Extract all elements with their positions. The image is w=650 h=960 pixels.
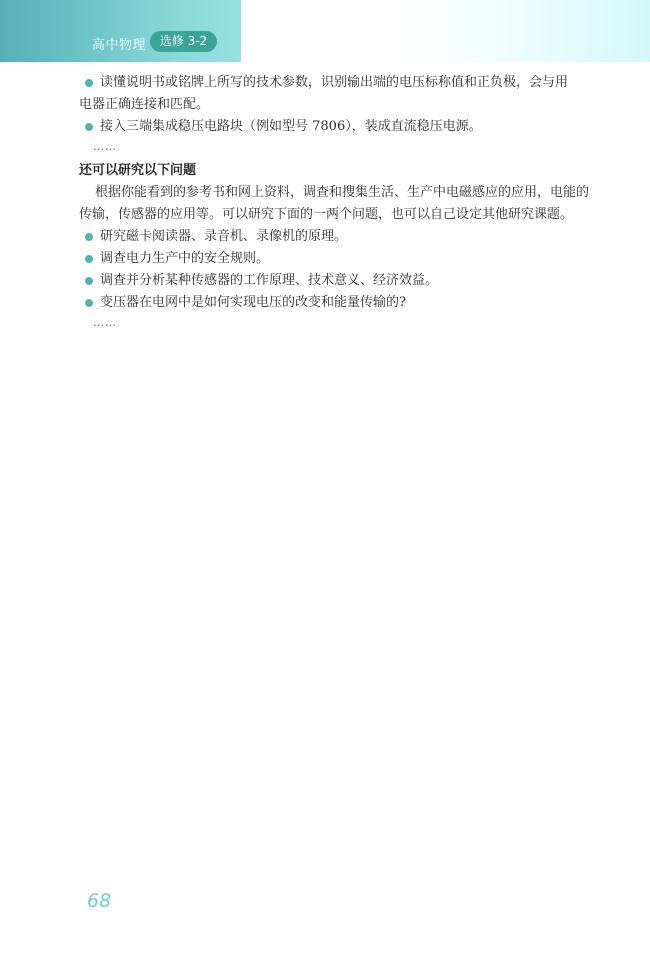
bullet-dot-icon (85, 123, 93, 131)
bullet-dot-icon (85, 255, 93, 263)
bullet-dot-icon (85, 299, 93, 307)
list-item: 变压器在电网中是如何实现电压的改变和能量传输的? (79, 292, 627, 314)
ellipsis: …… (79, 138, 627, 156)
list-item: 接入三端集成稳压电路块（例如型号 7806），装成直流稳压电源。 (79, 116, 627, 138)
page-number: 68 (87, 890, 111, 912)
list-item: 研究磁卡阅读器、录音机、录像机的原理。 (79, 226, 627, 248)
bullet-dot-icon (85, 277, 93, 285)
volume-badge: 选修 3-2 (150, 31, 217, 52)
list-item-text: 调查电力生产中的安全规则。 (100, 251, 269, 266)
book-title: 高中物理 (92, 34, 146, 53)
list-item-text: 读懂说明书或铭牌上所写的技术参数，识别输出端的电压标称值和正负极，会与用 (100, 75, 568, 90)
list-item: 调查电力生产中的安全规则。 (79, 248, 627, 270)
list-item-text: 接入三端集成稳压电路块（例如型号 7806），装成直流稳压电源。 (100, 119, 482, 134)
ellipsis: …… (79, 314, 627, 332)
list-item: 读懂说明书或铭牌上所写的技术参数，识别输出端的电压标称值和正负极，会与用 电器正… (79, 72, 627, 116)
list-item-text-continued: 电器正确连接和匹配。 (79, 94, 627, 116)
list-item-text: 研究磁卡阅读器、录音机、录像机的原理。 (100, 229, 347, 244)
section-heading: 还可以研究以下问题 (79, 160, 627, 182)
bullet-dot-icon (85, 79, 93, 87)
page-content: 读懂说明书或铭牌上所写的技术参数，识别输出端的电压标称值和正负极，会与用 电器正… (79, 72, 627, 332)
list-item: 调查并分析某种传感器的工作原理、技术意义、经济效益。 (79, 270, 627, 292)
bullet-dot-icon (85, 233, 93, 241)
paragraph-line: 根据你能看到的参考书和网上资料，调查和搜集生活、生产中电磁感应的应用，电能的 (79, 182, 627, 204)
list-item-text: 变压器在电网中是如何实现电压的改变和能量传输的? (100, 295, 406, 310)
header-band: 高中物理 选修 3-2 (0, 0, 241, 62)
list-item-text: 调查并分析某种传感器的工作原理、技术意义、经济效益。 (100, 273, 438, 288)
paragraph-line: 传输，传感器的应用等。可以研究下面的一两个问题，也可以自己设定其他研究课题。 (79, 204, 627, 226)
